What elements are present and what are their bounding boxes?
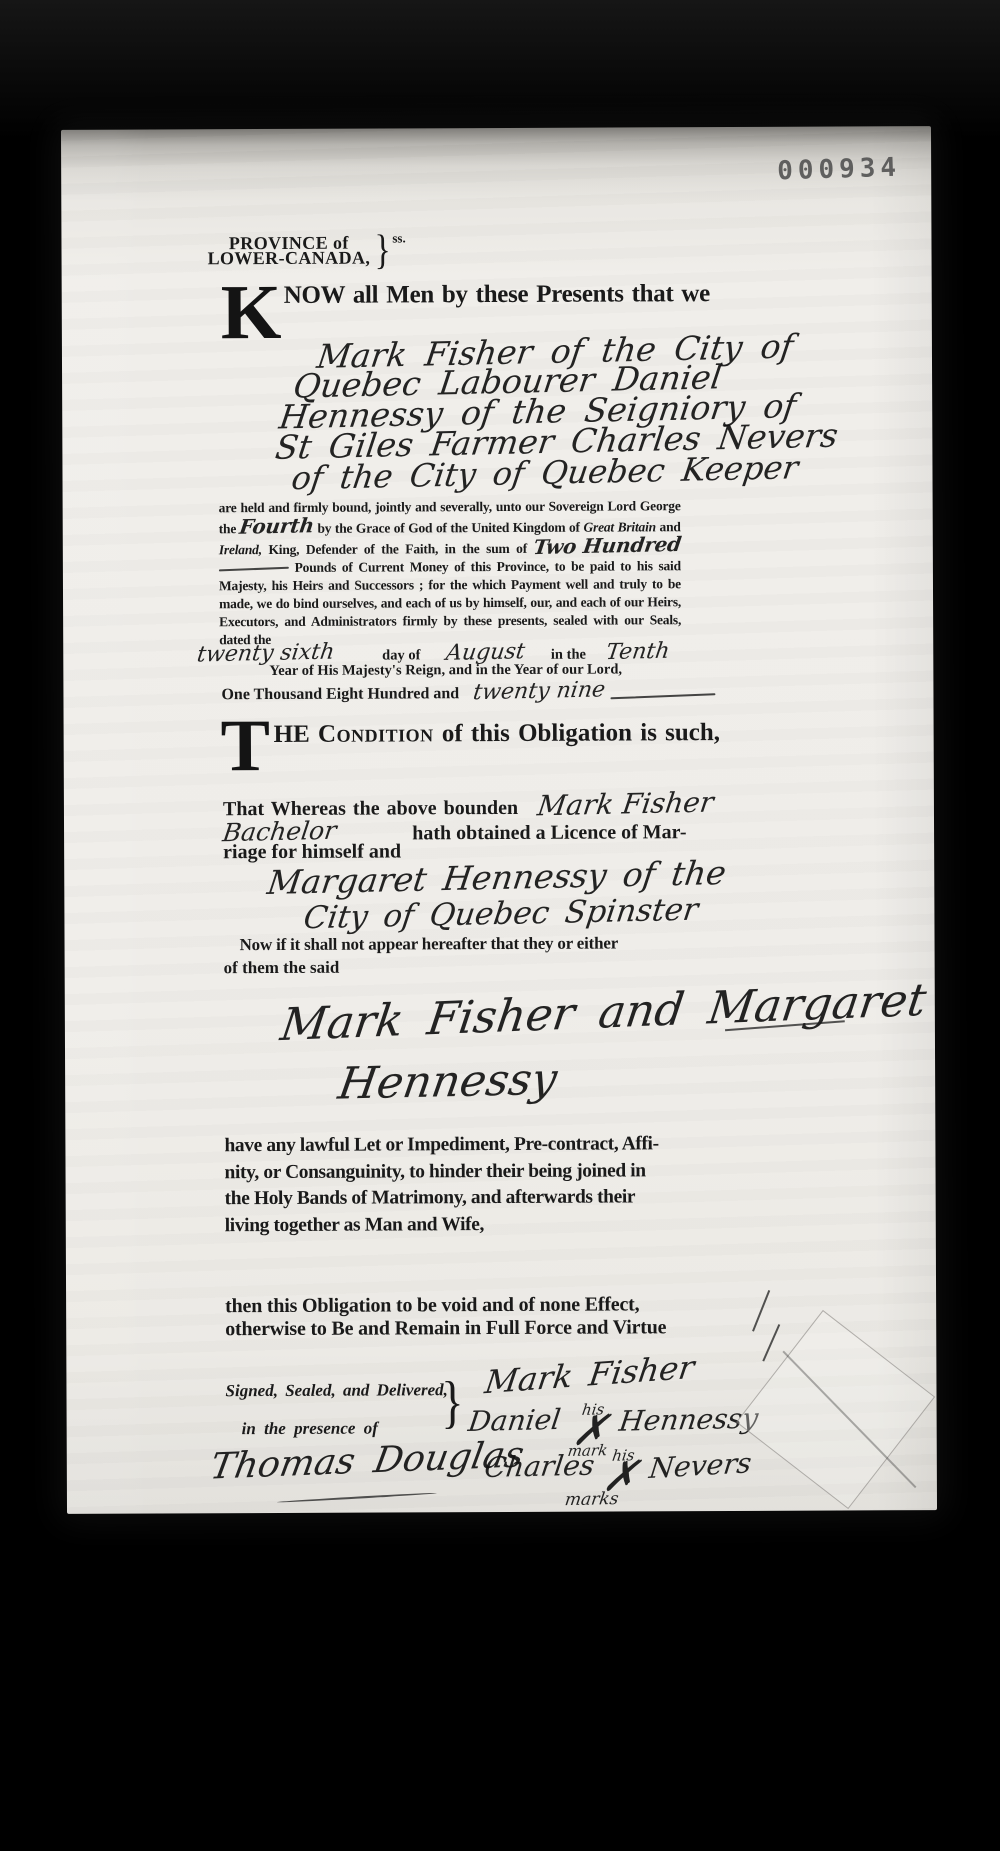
void-line2: otherwise to Be and Remain in Full Force… <box>225 1316 666 1341</box>
handwritten-couple-line1: Mark Fisher and Margaret <box>277 973 929 1051</box>
paper-fold-crease <box>736 1310 935 1509</box>
attestation-brace: } <box>441 1368 464 1435</box>
presence-line: in the presence of <box>242 1419 378 1440</box>
bond-paragraph: are held and firmly bound, jointly and s… <box>219 497 682 649</box>
handwritten-bride-line2: City of Quebec Spinster <box>301 892 700 937</box>
now-line1: Now if it shall not appear hereafter tha… <box>239 933 618 955</box>
ink-flourish <box>762 1324 780 1361</box>
handwritten-couple-line2: Hennessy <box>335 1054 561 1110</box>
licence-printed: hath obtained a Licence of Mar- <box>412 821 686 844</box>
dropcap-t: T <box>221 715 271 778</box>
handwritten-year: twenty nine <box>471 677 606 705</box>
void-clause: then this Obligation to be void and of n… <box>225 1293 666 1341</box>
year-printed: One Thousand Eight Hundred and <box>221 685 459 704</box>
condition-heading-he: HE <box>274 721 310 748</box>
bond-text-4: Pounds of Current Money of this Province… <box>219 558 681 647</box>
ink-flourish <box>752 1290 770 1332</box>
signed-sealed-line: Signed, Sealed, and Delivered, <box>225 1380 448 1401</box>
scanned-document-page: 000934 PROVINCE of LOWER-CANADA, } ss. K… <box>0 0 1000 1851</box>
year-line: One Thousand Eight Hundred and twenty ni… <box>221 678 715 705</box>
stamp-number: 000934 <box>777 153 902 187</box>
ink-flourish <box>611 693 716 699</box>
know-heading: NOW all Men by these Presents that we <box>284 280 710 310</box>
header-brace: } <box>374 226 390 274</box>
bond-text-3: King, Defender of the Faith, in the sum … <box>268 541 527 557</box>
impediment-line2: nity, or Consanguinity, to hinder their … <box>224 1158 658 1186</box>
x-mark-glyph: ✗ <box>601 1461 640 1491</box>
charles-first-name: Charles <box>482 1449 596 1484</box>
marks-word: marks <box>564 1489 620 1510</box>
impediment-line4: living together as Man and Wife, <box>225 1211 659 1239</box>
ss-abbr: ss. <box>392 230 405 246</box>
condition-heading: HE Condition of this Obligation is such, <box>274 719 721 749</box>
charles-mark: his ✗ <box>601 1449 642 1491</box>
void-line1: then this Obligation to be void and of n… <box>225 1293 666 1318</box>
daniel-first-name: Daniel <box>466 1403 562 1438</box>
impediment-line3: the Holy Bands of Matrimony, and afterwa… <box>225 1184 659 1212</box>
ireland-italic: Ireland, <box>219 542 262 557</box>
handwritten-king-ordinal: Fourth <box>238 516 315 536</box>
province-line2: LOWER-CANADA, <box>208 251 371 267</box>
impediment-paragraph: have any lawful Let or Impediment, Pre-c… <box>224 1131 659 1239</box>
ink-flourish <box>219 567 289 572</box>
signature-underline-flourish <box>277 1492 437 1503</box>
condition-heading-smallcaps: Condition <box>318 720 434 748</box>
bond-text-2: by the Grace of God of the United Kingdo… <box>317 520 579 536</box>
dropcap-k: K <box>221 279 282 346</box>
fisher-signature: Mark Fisher <box>483 1348 697 1401</box>
handwritten-sum: Two Hundred <box>532 535 682 556</box>
charles-signature-row: Charles his ✗ Nevers <box>485 1449 751 1492</box>
condition-heading-rest: of this Obligation is such, <box>442 719 720 747</box>
charles-last-name: Nevers <box>647 1446 753 1485</box>
impediment-line1: have any lawful Let or Impediment, Pre-c… <box>224 1131 658 1159</box>
now-line2: of them the said <box>224 958 340 979</box>
paper-sheet: 000934 PROVINCE of LOWER-CANADA, } ss. K… <box>61 126 937 1514</box>
